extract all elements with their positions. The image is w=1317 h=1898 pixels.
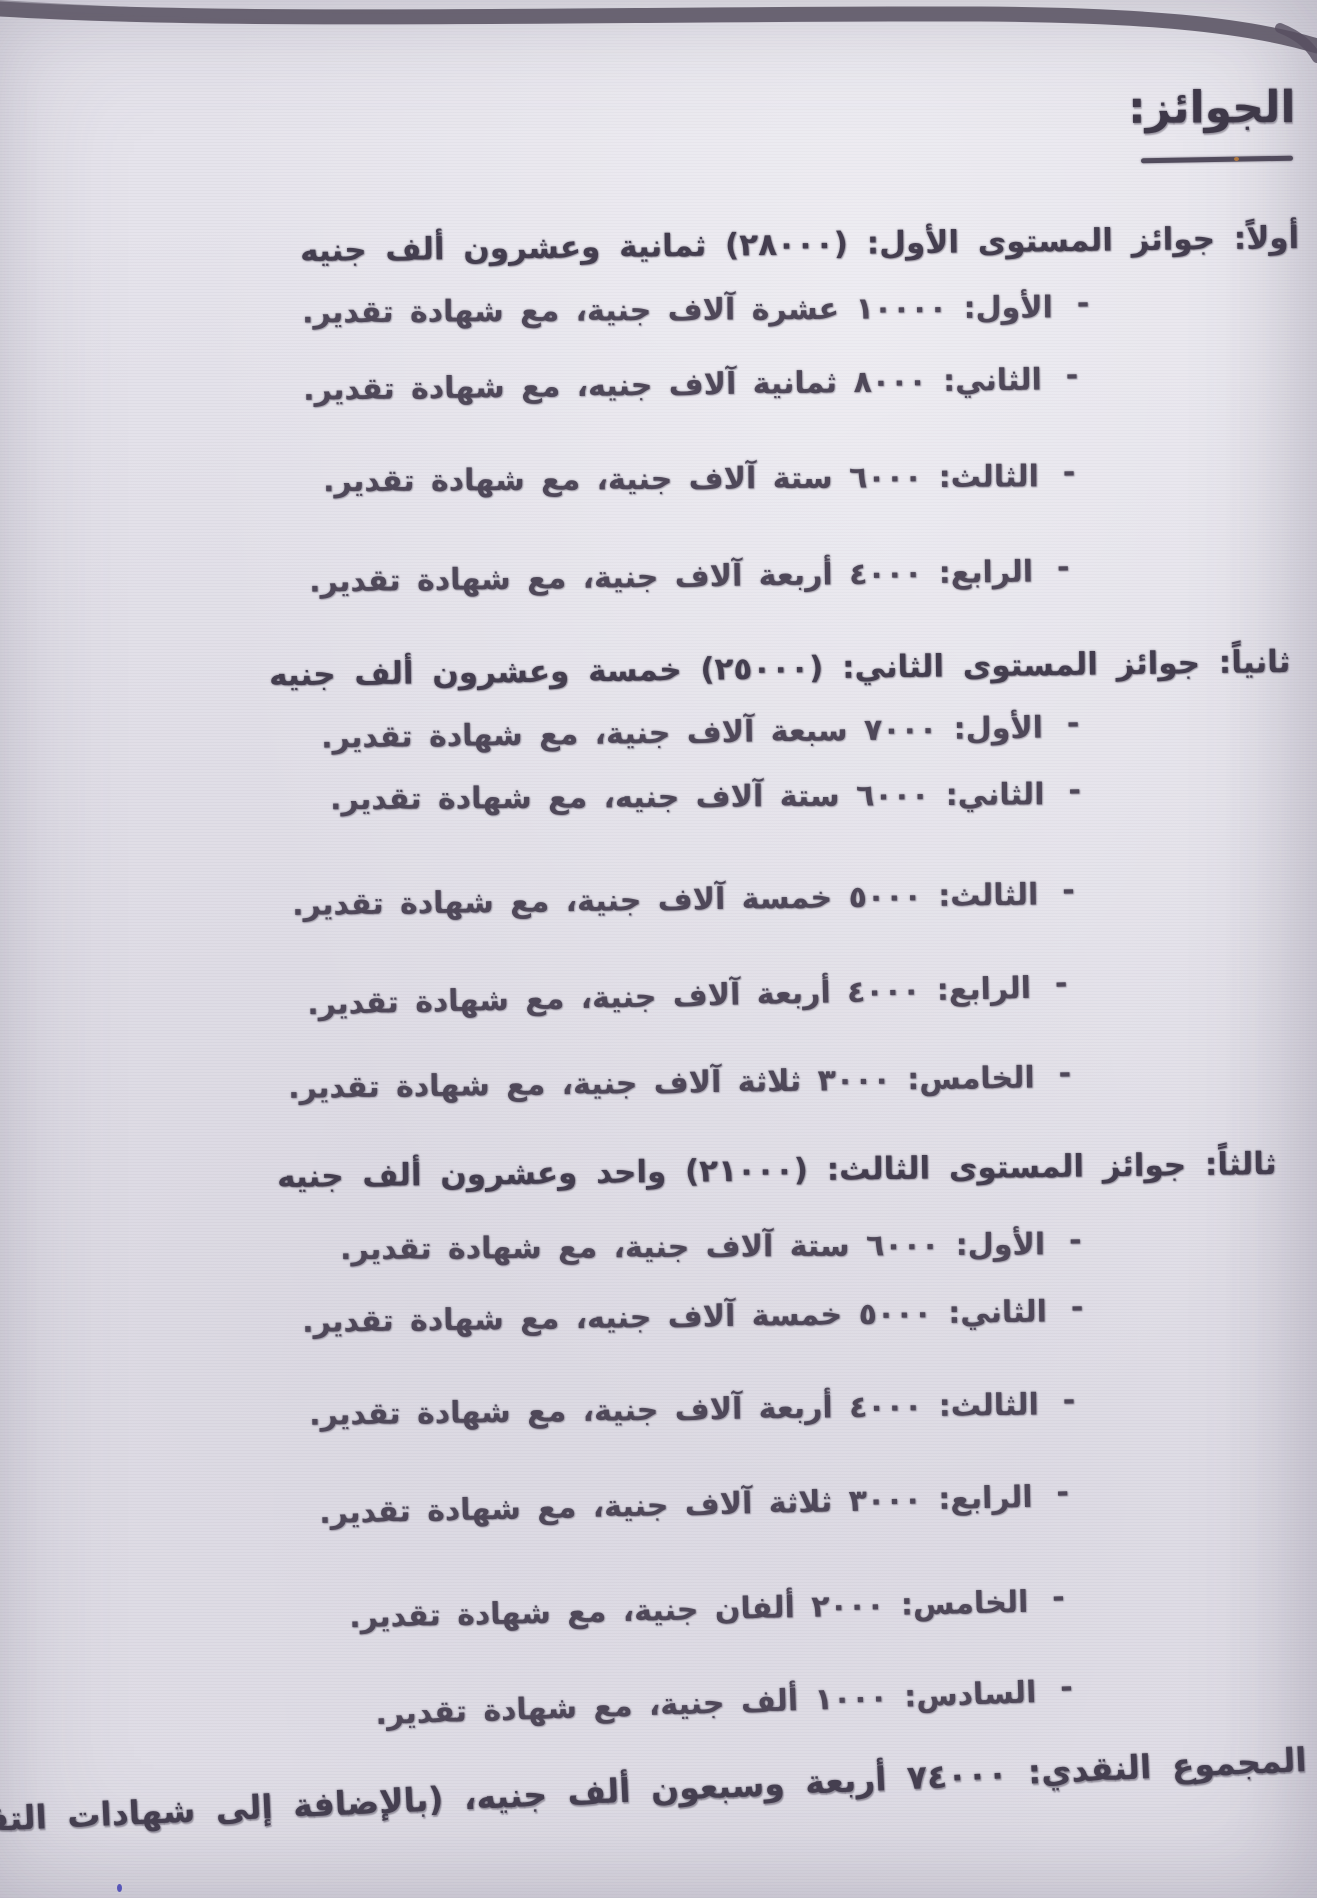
prize-text: الرابع: ٣٠٠٠ ثلاثة آلاف جنية، مع شهادة ت… (319, 1480, 1033, 1531)
prize-text: الثالث: ٦٠٠٠ ستة آلاف جنية، مع شهادة تقد… (323, 459, 1039, 499)
prize-text: الخامس: ٣٠٠٠ ثلاثة آلاف جنية، مع شهادة ت… (288, 1061, 1035, 1106)
section-1-heading: أولاً: جوائز المستوى الأول: (٢٨٠٠٠) ثمان… (300, 214, 1300, 275)
prize-text: الأول: ٧٠٠٠ سبعة آلاف جنية، مع شهادة تقد… (320, 711, 1042, 756)
bullet-dash-icon: - (1058, 1050, 1071, 1098)
prize-line: -الرابع: ٤٠٠٠ أربعة آلاف جنية، مع شهادة … (308, 548, 1069, 607)
prize-line: -الأول: ٦٠٠٠ ستة آلاف جنية، مع شهادة تقد… (339, 1221, 1081, 1274)
pen-dot (117, 1884, 122, 1892)
prize-text: الثاني: ٦٠٠٠ ستة آلاف جنيه، مع شهادة تقد… (330, 777, 1045, 817)
scanner-edge-band (0, 0, 1317, 70)
prize-line: -الثالث: ٦٠٠٠ ستة آلاف جنية، مع شهادة تق… (323, 453, 1076, 506)
page-title: الجوائز: (1127, 84, 1295, 133)
prize-text: الثالث: ٥٠٠٠ خمسة آلاف جنية، مع شهادة تق… (292, 878, 1039, 923)
section-2-heading: ثانياً: جوائز المستوى الثاني: (٢٥٠٠٠) خم… (268, 638, 1290, 699)
prize-text: الثاني: ٨٠٠٠ ثمانية آلاف جنيه، مع شهادة … (303, 363, 1042, 408)
title-underline (1141, 156, 1293, 164)
bullet-dash-icon: - (1056, 1469, 1070, 1517)
bullet-dash-icon: - (1052, 1574, 1066, 1622)
bullet-dash-icon: - (1068, 1217, 1081, 1265)
bullet-dash-icon: - (1056, 544, 1069, 592)
bullet-dash-icon: - (1062, 449, 1075, 497)
prize-line: -الثاني: ٨٠٠٠ ثمانية آلاف جنيه، مع شهادة… (302, 356, 1078, 415)
bullet-dash-icon: - (1054, 960, 1068, 1008)
prize-line: -الخامس: ٣٠٠٠ ثلاثة آلاف جنية، مع شهادة … (288, 1054, 1072, 1113)
prize-line: -الثالث: ٥٠٠٠ خمسة آلاف جنية، مع شهادة ت… (292, 871, 1075, 930)
orange-speck (1234, 157, 1239, 161)
prize-text: الرابع: ٤٠٠٠ أربعة آلاف جنية، مع شهادة ت… (306, 971, 1031, 1022)
prize-line: -الخامس: ٢٠٠٠ ألفان جنية، مع شهادة تقدير… (349, 1578, 1066, 1642)
bullet-dash-icon: - (1065, 352, 1078, 400)
bullet-dash-icon: - (1068, 767, 1081, 815)
section-3-heading: ثالثاً: جوائز المستوى الثالث: (٢١٠٠٠) وا… (277, 1140, 1277, 1201)
bullet-dash-icon: - (1062, 867, 1075, 915)
prize-text: الأول: ٦٠٠٠ ستة آلاف جنية، مع شهادة تقدي… (339, 1227, 1044, 1267)
bullet-dash-icon: - (1060, 1664, 1074, 1712)
prize-line: -الثالث: ٤٠٠٠ أربعة آلاف جنية، مع شهادة … (308, 1381, 1075, 1440)
prize-line: -الأول: ٧٠٠٠ سبعة آلاف جنية، مع شهادة تق… (320, 704, 1079, 763)
prize-text: السادس: ١٠٠٠ ألف جنية، مع شهادة تقدير. (375, 1675, 1037, 1732)
prize-text: الثاني: ٥٠٠٠ خمسة آلاف جنيه، مع شهادة تق… (301, 1295, 1046, 1340)
prize-text: الرابع: ٤٠٠٠ أربعة آلاف جنية، مع شهادة ت… (308, 555, 1032, 600)
prize-text: الأول: ١٠٠٠٠ عشرة آلاف جنية، مع شهادة تق… (302, 290, 1053, 330)
prize-line: -الثاني: ٦٠٠٠ ستة آلاف جنيه، مع شهادة تق… (330, 771, 1081, 824)
prize-line: -الرابع: ٣٠٠٠ ثلاثة آلاف جنية، مع شهادة … (319, 1473, 1070, 1538)
bullet-dash-icon: - (1066, 700, 1079, 748)
prize-line: -الثاني: ٥٠٠٠ خمسة آلاف جنيه، مع شهادة ت… (301, 1288, 1083, 1347)
bullet-dash-icon: - (1062, 1377, 1075, 1425)
prize-text: الثالث: ٤٠٠٠ أربعة آلاف جنية، مع شهادة ت… (309, 1388, 1039, 1433)
prize-line: -السادس: ١٠٠٠ ألف جنية، مع شهادة تقدير. (375, 1668, 1074, 1739)
prize-line: -الرابع: ٤٠٠٠ أربعة آلاف جنية، مع شهادة … (306, 964, 1067, 1029)
prize-line: -الأول: ١٠٠٠٠ عشرة آلاف جنية، مع شهادة ت… (302, 284, 1090, 337)
scanned-document-page: الجوائز: أولاً: جوائز المستوى الأول: (٢٨… (0, 0, 1317, 1898)
prize-text: الخامس: ٢٠٠٠ ألفان جنية، مع شهادة تقدير. (349, 1585, 1029, 1635)
bullet-dash-icon: - (1070, 1284, 1083, 1332)
total-line: المجموع النقدي: ٧٤٠٠٠ أربعة وسبعون ألف ج… (0, 1736, 1308, 1848)
bullet-dash-icon: - (1076, 280, 1089, 328)
